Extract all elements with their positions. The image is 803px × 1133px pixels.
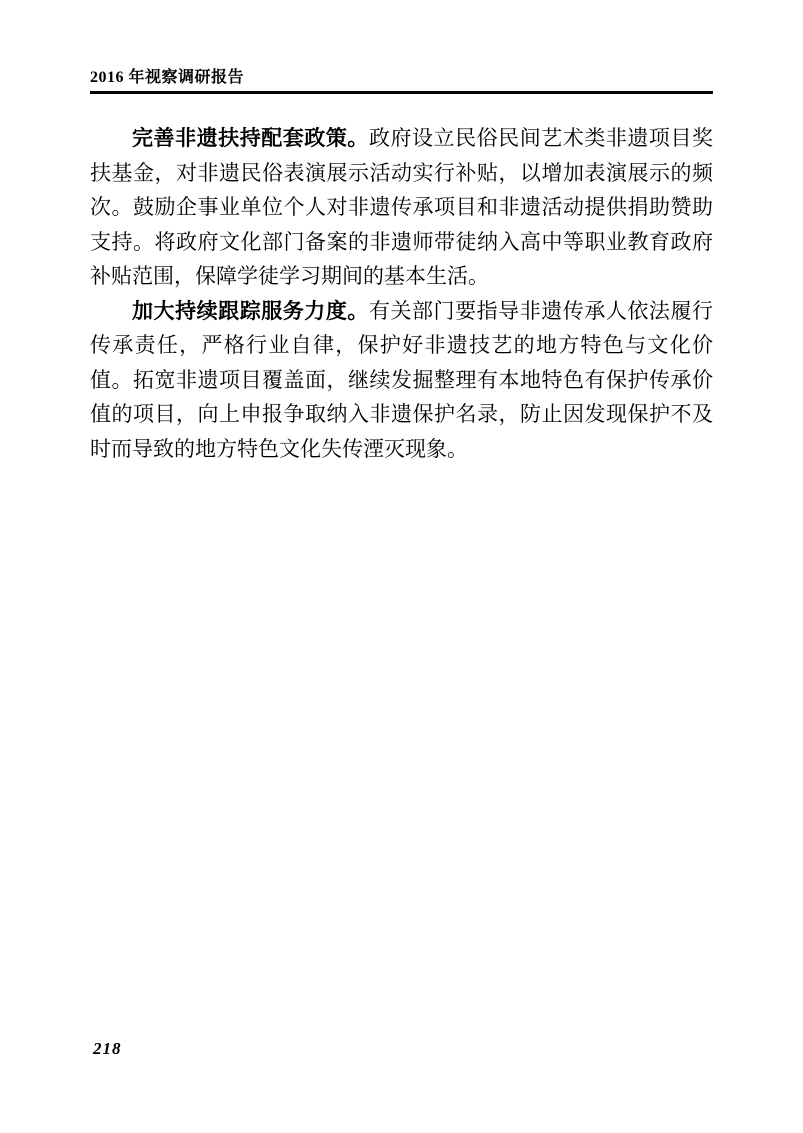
paragraph-text: 政府设立民俗民间艺术类非遗项目奖扶基金，对非遗民俗表演展示活动实行补贴，以增加表… bbox=[90, 126, 713, 288]
paragraph: 加大持续跟踪服务力度。有关部门要指导非遗传承人依法履行传承责任，严格行业自律，保… bbox=[90, 294, 713, 467]
paragraph-lead: 加大持续跟踪服务力度。 bbox=[132, 299, 369, 323]
header-title: 2016 年视察调研报告 bbox=[90, 69, 244, 86]
document-body: 完善非遗扶持配套政策。政府设立民俗民间艺术类非遗项目奖扶基金，对非遗民俗表演展示… bbox=[90, 121, 713, 466]
page-footer: 218 bbox=[93, 1038, 122, 1060]
paragraph-lead: 完善非遗扶持配套政策。 bbox=[132, 126, 369, 150]
page-header: 2016 年视察调研报告 bbox=[90, 68, 713, 94]
paragraph: 完善非遗扶持配套政策。政府设立民俗民间艺术类非遗项目奖扶基金，对非遗民俗表演展示… bbox=[90, 121, 713, 294]
page-number: 218 bbox=[93, 1039, 122, 1058]
document-page: 2016 年视察调研报告 完善非遗扶持配套政策。政府设立民俗民间艺术类非遗项目奖… bbox=[0, 0, 803, 1133]
